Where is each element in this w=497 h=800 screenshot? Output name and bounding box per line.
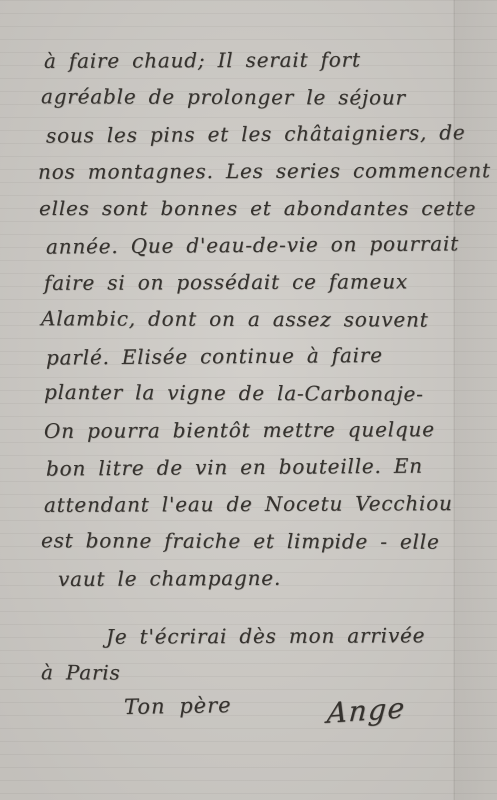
signature-name: Ange (325, 691, 406, 730)
handwriting-line: sous les pins et les châtaigniers, de (46, 114, 458, 154)
handwriting-line: faire si on possédait ce fameux (44, 263, 456, 302)
handwriting-line: agréable de prolonger le séjour (41, 78, 453, 116)
handwriting-line: bon litre de vin en bouteille. En (46, 447, 458, 487)
closing-line: Je t'écrirai dès mon arrivée (44, 617, 456, 656)
letter-body: à faire chaud; Il serait fort agréable d… (44, 42, 456, 597)
handwriting-line: nos montagnes. Les series commencent (38, 152, 450, 190)
closing-line: à Paris (41, 654, 453, 692)
handwriting-line: année. Que d'eau-de-vie on pourrait (46, 225, 458, 265)
handwriting-line: attendant l'eau de Nocetu Vecchiou (44, 485, 456, 524)
letter-page: à faire chaud; Il serait fort agréable d… (0, 0, 497, 800)
letter-closing: Je t'écrirai dès mon arrivée à Paris (44, 618, 456, 692)
handwriting-line: à faire chaud; Il serait fort (44, 41, 456, 80)
handwriting-line: planter la vigne de la-Carbonaje- (44, 374, 456, 413)
handwriting-line: On pourra bientôt mettre quelque (44, 411, 456, 450)
handwriting-line: elles sont bonnes et abondantes cette (39, 190, 451, 227)
handwriting-line: est bonne fraiche et limpide - elle (41, 522, 453, 560)
signature-role: Ton père (124, 693, 232, 719)
handwriting-line: Alambic, dont on a assez souvent (41, 300, 453, 338)
handwriting-line: parlé. Elisée continue à faire (46, 336, 458, 376)
signature-block: Ton père Ange (44, 694, 456, 727)
handwriting-line: vaut le champagne. (58, 559, 470, 598)
page-right-edge (456, 0, 497, 800)
